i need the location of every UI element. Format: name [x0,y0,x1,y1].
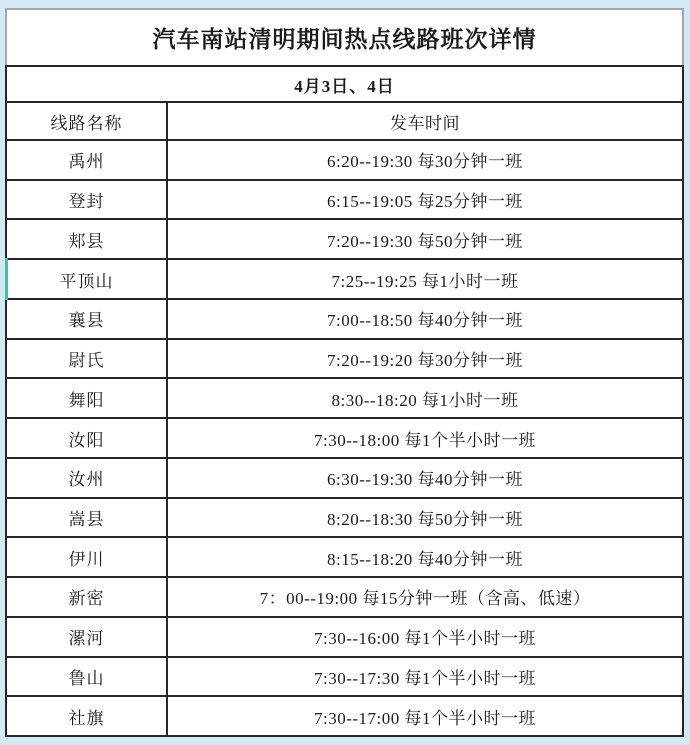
table-body: 4月3日、4日 线路名称 发车时间 禹州 6:20--19:30 每30分钟一班… [5,65,684,737]
route-name-cell: 舞阳 [7,379,168,417]
route-name-cell: 禹州 [7,141,168,179]
departure-time-cell: 7：00--19:00 每15分钟一班（含高、低速） [168,578,682,616]
table-row: 尉氏 7:20--19:20 每30分钟一班 [7,340,682,380]
route-name-cell: 襄县 [7,300,168,338]
route-name-cell: 汝阳 [7,419,168,457]
route-name-cell: 汝州 [7,459,168,497]
route-name-cell: 平顶山 [7,260,168,298]
table-row-selected: 平顶山 7:25--19:25 每1小时一班 [7,260,682,300]
date-subheader: 4月3日、4日 [7,67,682,103]
table-row: 汝州 6:30--19:30 每40分钟一班 [7,459,682,499]
page-background: 汽车南站清明期间热点线路班次详情 4月3日、4日 线路名称 发车时间 禹州 6:… [0,0,690,745]
column-header-route-name: 线路名称 [7,103,168,139]
departure-time-cell: 7:20--19:30 每50分钟一班 [168,220,682,258]
schedule-table: 汽车南站清明期间热点线路班次详情 4月3日、4日 线路名称 发车时间 禹州 6:… [5,8,684,737]
header-row: 线路名称 发车时间 [7,103,682,141]
table-row: 襄县 7:00--18:50 每40分钟一班 [7,300,682,340]
departure-time-cell: 7:20--19:20 每30分钟一班 [168,340,682,378]
departure-time-cell: 6:30--19:30 每40分钟一班 [168,459,682,497]
table-row: 鲁山 7:30--17:30 每1个半小时一班 [7,658,682,698]
route-name-cell: 漯河 [7,618,168,656]
table-row: 新密 7：00--19:00 每15分钟一班（含高、低速） [7,578,682,618]
column-header-departure-time: 发车时间 [168,103,682,139]
route-name-cell: 鲁山 [7,658,168,696]
departure-time-cell: 6:20--19:30 每30分钟一班 [168,141,682,179]
table-row: 登封 6:15--19:05 每25分钟一班 [7,181,682,221]
departure-time-cell: 8:15--18:20 每40分钟一班 [168,538,682,576]
route-name-cell: 社旗 [7,697,168,735]
route-name-cell: 嵩县 [7,499,168,537]
table-row: 汝阳 7:30--18:00 每1个半小时一班 [7,419,682,459]
table-row: 嵩县 8:20--18:30 每50分钟一班 [7,499,682,539]
table-row: 漯河 7:30--16:00 每1个半小时一班 [7,618,682,658]
departure-time-cell: 7:30--17:00 每1个半小时一班 [168,697,682,735]
route-name-cell: 新密 [7,578,168,616]
departure-time-cell: 7:00--18:50 每40分钟一班 [168,300,682,338]
route-name-cell: 尉氏 [7,340,168,378]
table-row: 禹州 6:20--19:30 每30分钟一班 [7,141,682,181]
departure-time-cell: 7:30--17:30 每1个半小时一班 [168,658,682,696]
departure-time-cell: 8:20--18:30 每50分钟一班 [168,499,682,537]
table-row: 伊川 8:15--18:20 每40分钟一班 [7,538,682,578]
table-row: 舞阳 8:30--18:20 每1小时一班 [7,379,682,419]
departure-time-cell: 7:25--19:25 每1小时一班 [168,260,682,298]
departure-time-cell: 8:30--18:20 每1小时一班 [168,379,682,417]
table-row: 郏县 7:20--19:30 每50分钟一班 [7,220,682,260]
departure-time-cell: 7:30--16:00 每1个半小时一班 [168,618,682,656]
departure-time-cell: 7:30--18:00 每1个半小时一班 [168,419,682,457]
route-name-cell: 郏县 [7,220,168,258]
selected-cell-highlight [5,258,8,300]
route-name-cell: 登封 [7,181,168,219]
table-title: 汽车南站清明期间热点线路班次详情 [5,8,684,65]
table-row: 社旗 7:30--17:00 每1个半小时一班 [7,697,682,735]
departure-time-cell: 6:15--19:05 每25分钟一班 [168,181,682,219]
route-name-cell: 伊川 [7,538,168,576]
